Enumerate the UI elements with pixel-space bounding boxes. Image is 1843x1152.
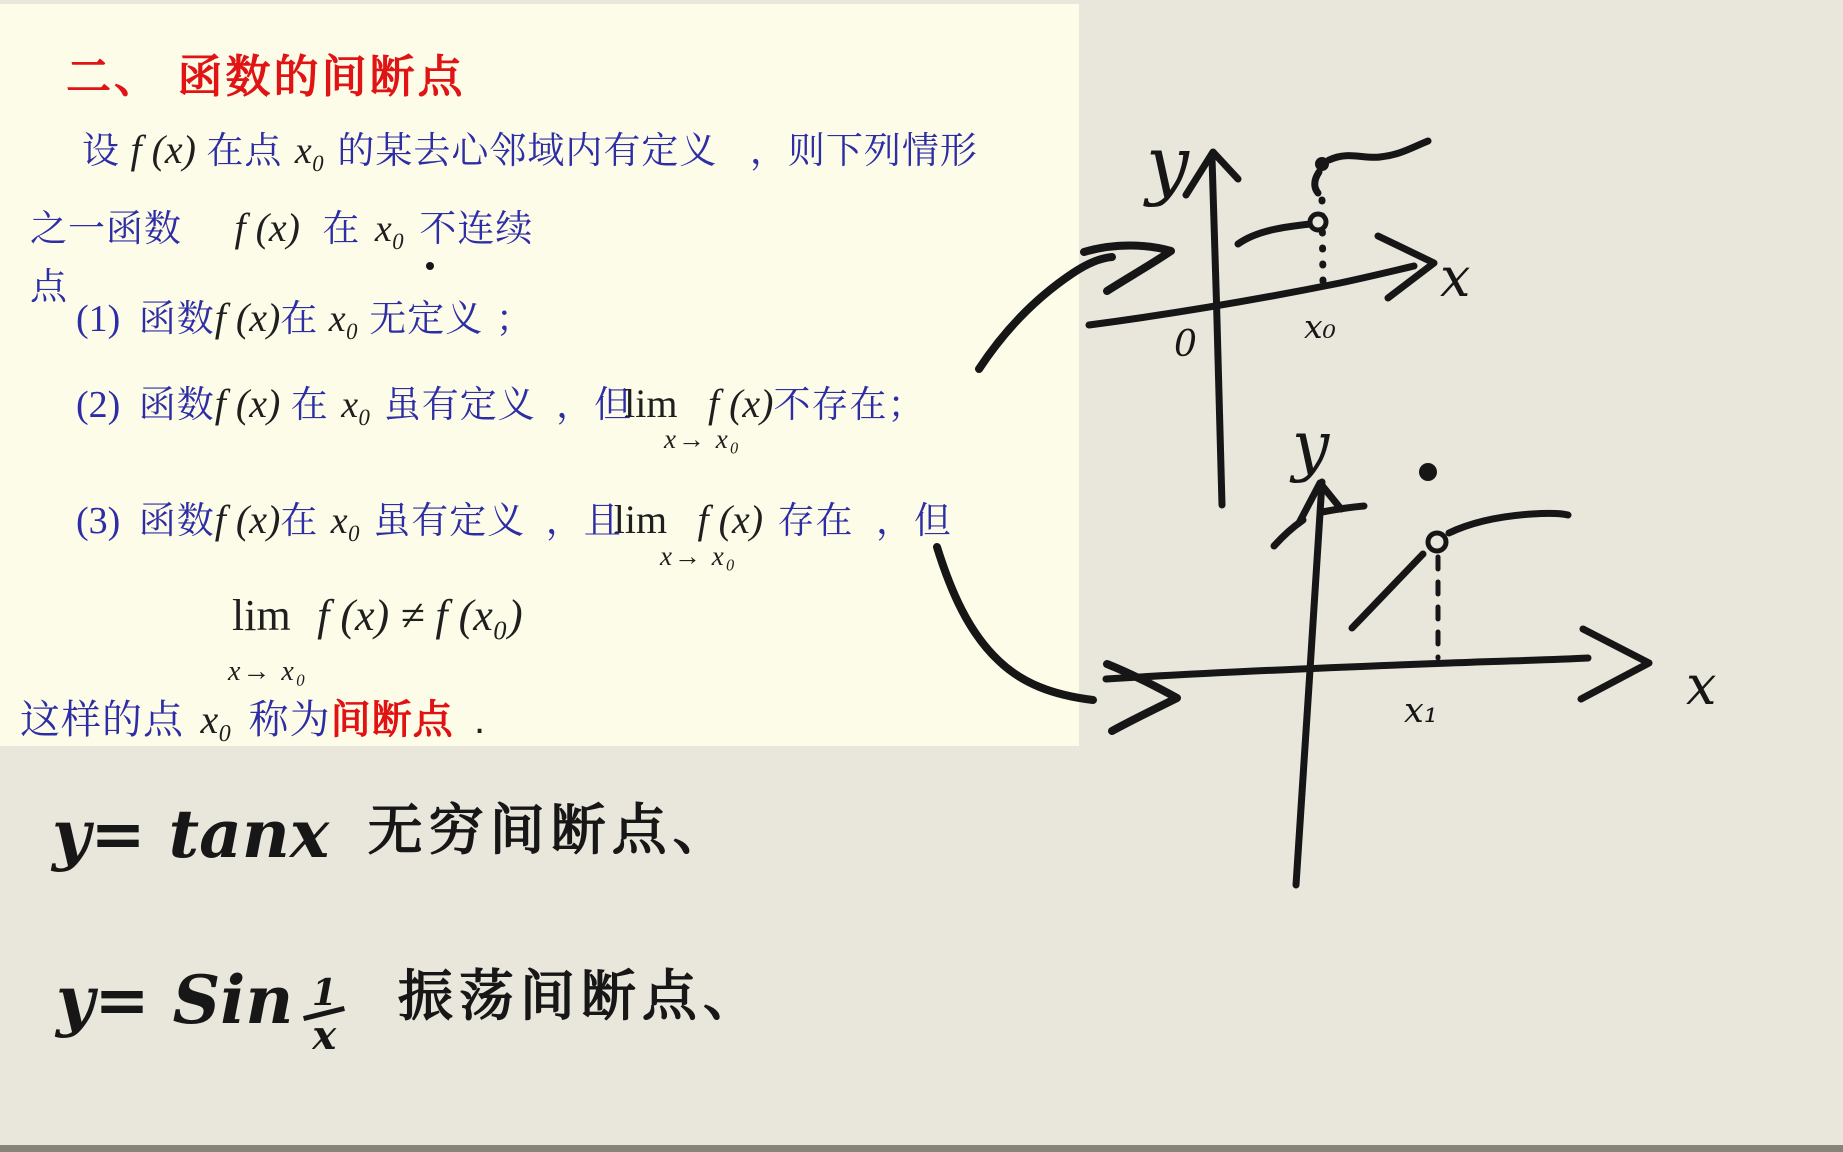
page-title: 二、 函数的间断点	[66, 40, 466, 105]
graph1-left-curve	[1238, 224, 1311, 244]
note-sin1x-formula: y= Sin	[56, 961, 293, 1039]
graph1-dotted-line	[1322, 200, 1323, 282]
item2-c: 不存在	[773, 384, 887, 425]
item3-fx: f (x)	[215, 497, 281, 542]
graph1-x0-label: x₀	[1304, 307, 1336, 346]
item2-num: (2)	[76, 384, 120, 426]
graph1-y-arrowhead-icon	[1186, 152, 1238, 195]
graph1-y-label: y	[1143, 119, 1190, 208]
graph2-x-arrowhead-icon	[1581, 629, 1649, 699]
note-tanx-label: 无穷间断点、	[368, 799, 734, 861]
graph1-y-axis	[1212, 158, 1222, 505]
item3-lim: lim	[614, 497, 667, 542]
arrow1-head-icon	[1084, 246, 1171, 292]
fraction-numerator: 1	[303, 977, 345, 1009]
graph1-x-label: x	[1440, 246, 1470, 309]
graph1-upper-curve	[1329, 141, 1428, 160]
item1-fx: f (x)	[215, 295, 281, 340]
limit-formula: lim f (x) ≠ f (x₀)	[232, 590, 523, 641]
graph2-y-arrowhead-icon	[1299, 483, 1341, 523]
intro2-a: 之一函数	[30, 208, 182, 249]
intro1-x0: x₀	[295, 130, 325, 172]
graph2-y-axis	[1296, 482, 1322, 885]
item2-comma: ，	[556, 384, 594, 425]
item3-comma: ，	[546, 500, 584, 541]
graph2-x1-label: x₁	[1404, 691, 1438, 731]
item-2: (2) 函数f (x) 在 x₀ 虽有定义 ，但lim f (x)不存在；	[76, 374, 925, 428]
arrow2-head-icon	[1107, 664, 1177, 731]
intro1-rest: 的某去心邻域内有定义	[337, 130, 717, 171]
item1-b: 无定义	[369, 298, 483, 339]
item3-d: ，但	[876, 500, 952, 541]
note-tanx-formula: y= tanx	[52, 795, 329, 873]
item2-b: 虽有定义	[384, 384, 536, 425]
item3-limit-sub: x→ x₀	[660, 541, 737, 572]
graph1-open-circle	[1310, 214, 1326, 230]
graph1-x-axis	[1089, 266, 1414, 325]
graph2-arrowhead-stray-stroke	[1274, 520, 1303, 546]
graph2-rising-line	[1352, 554, 1423, 628]
graph2-x-label: x	[1686, 654, 1716, 717]
intro2-zai: 在	[322, 208, 360, 249]
graph2-arrowhead-dash	[1322, 506, 1364, 512]
note-tanx: y= tanx 无穷间断点、	[52, 786, 734, 873]
item3-x0: x₀	[331, 500, 361, 542]
intro1-then: ，则下列情形	[750, 130, 978, 171]
graph2-filled-point	[1419, 463, 1437, 481]
conclusion-line: 这样的点 x₀ 称为间断点 .	[20, 688, 486, 745]
item-1: (1) 函数f (x)在 x₀ 无定义 ；	[76, 288, 534, 342]
item3-fx2: f (x)	[698, 497, 764, 542]
graph2-open-circle	[1428, 533, 1446, 551]
note-sin1x-fraction: 1x	[303, 977, 345, 1054]
item2-zai: 在	[291, 384, 329, 425]
item3-zai: 在	[280, 500, 318, 541]
item1-zai: 在	[280, 298, 318, 339]
intro1-she: 设	[82, 130, 120, 171]
item2-fx2: f (x)	[708, 381, 774, 426]
item2-limit-sub: x→ x₀	[664, 424, 741, 455]
intro1-zaidian: 在点	[206, 130, 282, 171]
item2-x0: x₀	[341, 384, 371, 426]
graph1-point-hook	[1315, 172, 1319, 193]
item1-x0: x₀	[329, 298, 359, 340]
item2-fx: f (x)	[215, 381, 281, 426]
graph1-origin-label: 0	[1174, 324, 1197, 365]
intro2-b: 不连续	[419, 208, 533, 249]
bottom-bar	[0, 1145, 1843, 1152]
graph2-y-label: y	[1289, 407, 1330, 484]
item1-num: (1)	[76, 298, 120, 340]
graph1-x-arrowhead-icon	[1378, 236, 1434, 298]
item3-num: (3)	[76, 500, 120, 542]
intro-line-2: 之一函数 f (x) 在 x₀ 不连续	[30, 198, 533, 252]
conclusion-a: 这样的点	[20, 698, 184, 742]
conclusion-period: .	[474, 698, 486, 742]
formula-limit-sub: x→ x₀	[228, 656, 308, 688]
formula-body: f (x) ≠ f (x₀)	[317, 591, 523, 640]
note-sin1x-label: 振荡间断点、	[398, 965, 764, 1027]
item2-semi: ；	[887, 384, 925, 425]
note-sin1x: y= Sin1x 振荡间断点、	[56, 952, 764, 1054]
item1-semi: ；	[496, 298, 534, 339]
item2-lim: lim	[624, 381, 677, 426]
graph2-right-curve	[1449, 513, 1568, 533]
item1-a: 函数	[139, 298, 215, 339]
graph1-filled-point	[1315, 157, 1329, 171]
item2-a: 函数	[139, 384, 215, 425]
intro1-fx: f (x)	[130, 127, 196, 172]
intro-line-1: 设 f (x) 在点 x₀ 的某去心邻域内有定义 ，则下列情形	[82, 120, 978, 174]
conclusion-x0: x₀	[200, 697, 232, 742]
item3-b: 虽有定义	[373, 500, 525, 541]
item3-c: 存在	[777, 500, 853, 541]
intro2-fx: f (x)	[234, 205, 300, 250]
graph2-x-axis	[1106, 658, 1588, 679]
fraction-denominator: x	[303, 1018, 345, 1054]
item-3: (3) 函数f (x)在 x₀ 虽有定义 ，且lim f (x) 存在 ，但	[76, 490, 952, 544]
item3-a: 函数	[139, 500, 215, 541]
intro2-x0: x₀	[375, 208, 405, 250]
conclusion-keyword: 间断点	[331, 698, 454, 742]
formula-lim: lim	[232, 591, 291, 640]
intro-dian: 点	[30, 256, 68, 310]
conclusion-b: 称为	[249, 698, 331, 742]
